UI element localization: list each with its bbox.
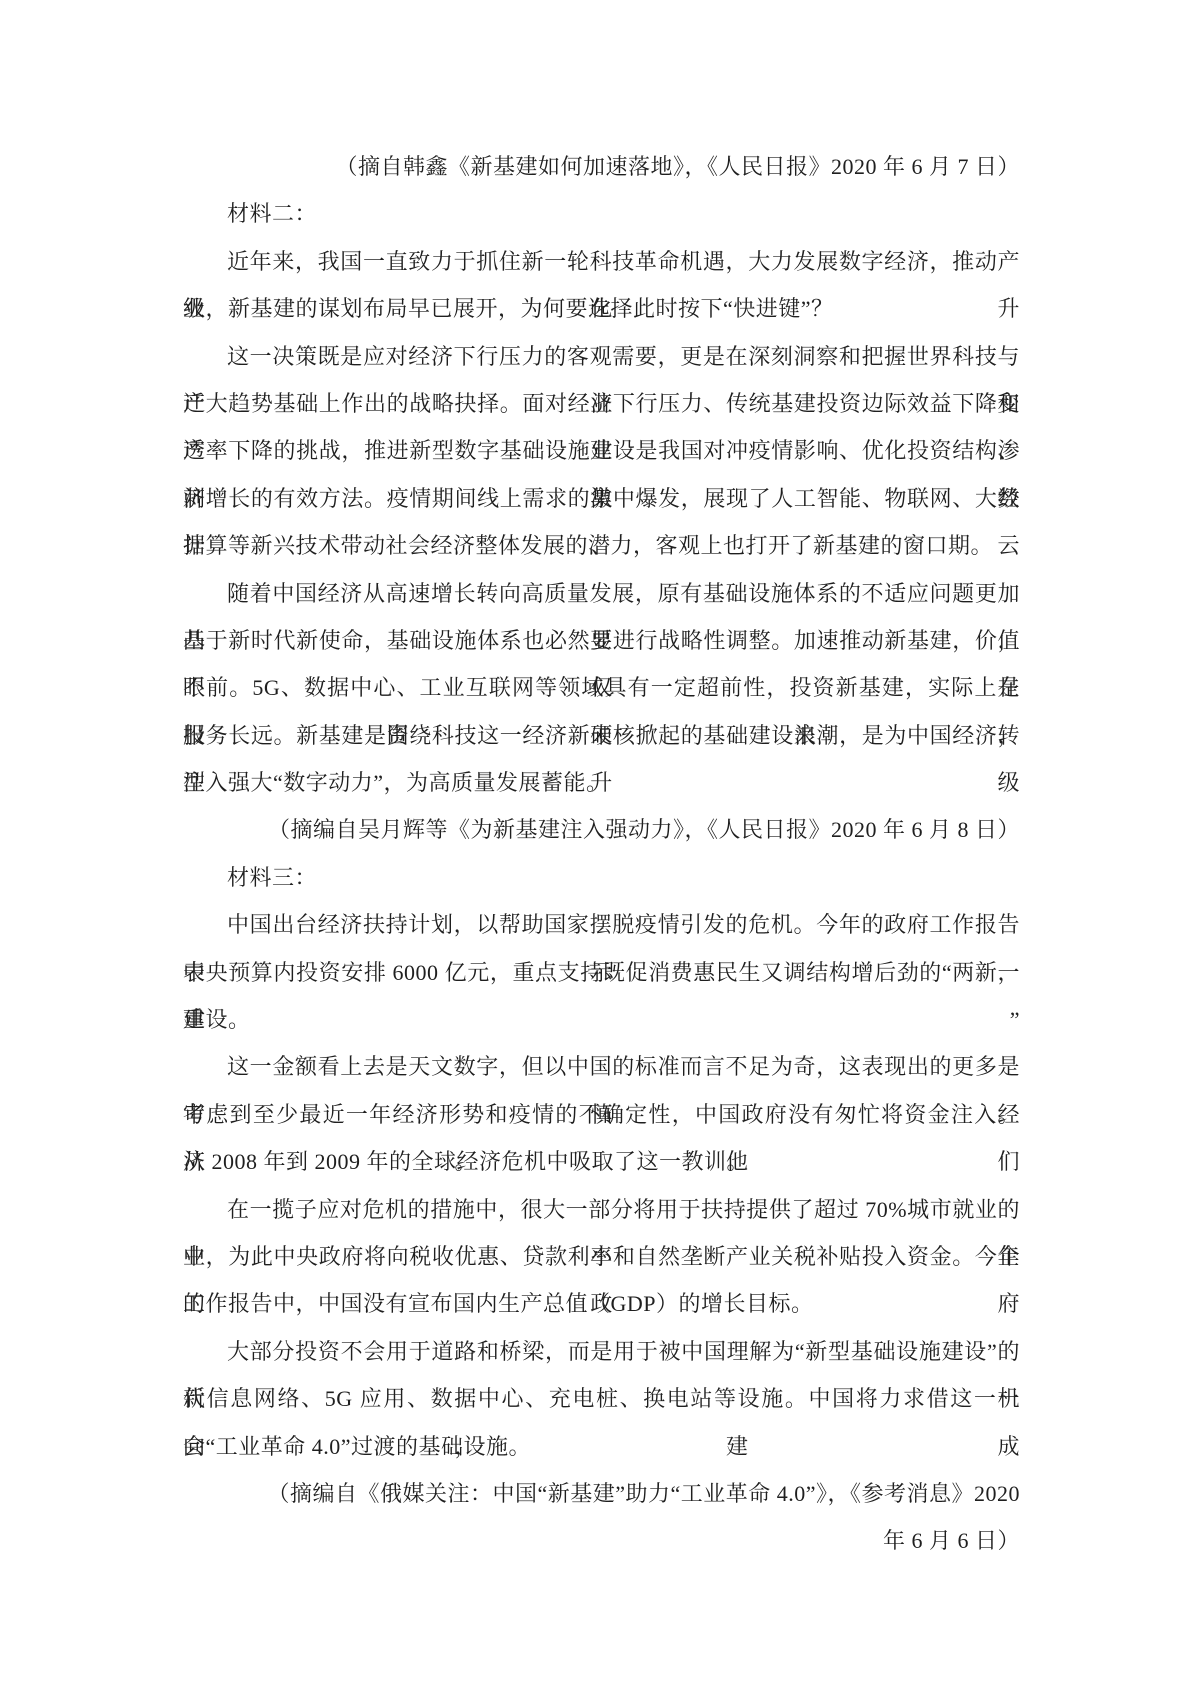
- paragraph-line: 代信息网络、5G 应用、数据中心、充电桩、换电站等设施。中国将力求借这一机会，建…: [183, 1375, 1020, 1422]
- paragraph-line: 透率下降的挑战，推进新型数字基础设施建设是我国对冲疫情影响、优化投资结构、刺激经: [183, 427, 1020, 474]
- paragraph-line: 中央预算内投资安排 6000 亿元，重点支持既促消费惠民生又调结构增后劲的“两新…: [183, 949, 1020, 996]
- citation-line: （摘自韩鑫《新基建如何加速落地》，《人民日报》2020 年 6 月 7 日）: [183, 143, 1020, 190]
- paragraph-line: 这一金额看上去是天文数字，但以中国的标准而言不足为奇，这表现出的更多是审慎。: [183, 1043, 1020, 1090]
- paragraph-line: 迁大趋势基础上作出的战略抉择。面对经济下行压力、传统基建投资边际效益下降和产业渗: [183, 380, 1020, 427]
- document-page: （摘自韩鑫《新基建如何加速落地》，《人民日报》2020 年 6 月 7 日）材料…: [0, 0, 1200, 1698]
- paragraph-line: 计算等新兴技术带动社会经济整体发展的潜力，客观上也打开了新基建的窗口期。: [183, 522, 1020, 569]
- paragraph-line: 业，为此中央政府将向税收优惠、贷款利率和自然垄断产业关税补贴投入资金。今年的政府: [183, 1233, 1020, 1280]
- citation-line: （摘编自吴月辉等《为新基建注入强动力》，《人民日报》2020 年 6 月 8 日…: [183, 806, 1020, 853]
- paragraph-line: 济增长的有效方法。疫情期间线上需求的集中爆发，展现了人工智能、物联网、大数据、云: [183, 475, 1020, 522]
- paragraph-line: 在一揽子应对危机的措施中，很大一部分将用于扶持提供了超过 70%城市就业的中小企: [183, 1186, 1020, 1233]
- paragraph-line: 考虑到至少最近一年经济形势和疫情的不确定性，中国政府没有匆忙将资金注入经济。他们: [183, 1091, 1020, 1138]
- paragraph-line: 服务长远。新基建是围绕科技这一经济新硬核掀起的基础建设浪潮，是为中国经济转型升级: [183, 712, 1020, 759]
- paragraph-line: 近年来，我国一直致力于抓住新一轮科技革命机遇，大力发展数字经济，推动产业化升: [183, 238, 1020, 285]
- document-body: （摘自韩鑫《新基建如何加速落地》，《人民日报》2020 年 6 月 7 日）材料…: [183, 143, 1020, 1565]
- paragraph-line: 中国出台经济扶持计划，以帮助国家摆脱疫情引发的危机。今年的政府工作报告表示，: [183, 901, 1020, 948]
- section-heading-line: 材料二：: [183, 190, 1020, 237]
- paragraph-line: 眼前。5G、数据中心、工业互联网等领域具有一定超前性，投资新基建，实际上是投资未…: [183, 664, 1020, 711]
- paragraph-line: 随着中国经济从高速增长转向高质量发展，原有基础设施体系的不适应问题更加凸显，: [183, 570, 1020, 617]
- paragraph-line: 这一决策既是应对经济下行压力的客观需要，更是在深刻洞察和把握世界科技与产业变: [183, 333, 1020, 380]
- section-heading-line: 材料三：: [183, 854, 1020, 901]
- citation-line: 年 6 月 6 日）: [183, 1517, 1020, 1564]
- paragraph-line: 大部分投资不会用于道路和桥梁，而是用于被中国理解为“新型基础设施建设”的新一: [183, 1328, 1020, 1375]
- citation-line: （摘编自《俄媒关注：中国“新基建”助力“工业革命 4.0”》，《参考消息》202…: [183, 1470, 1020, 1517]
- paragraph-line: 基于新时代新使命，基础设施体系也必然要进行战略性调整。加速推动新基建，价值不仅在: [183, 617, 1020, 664]
